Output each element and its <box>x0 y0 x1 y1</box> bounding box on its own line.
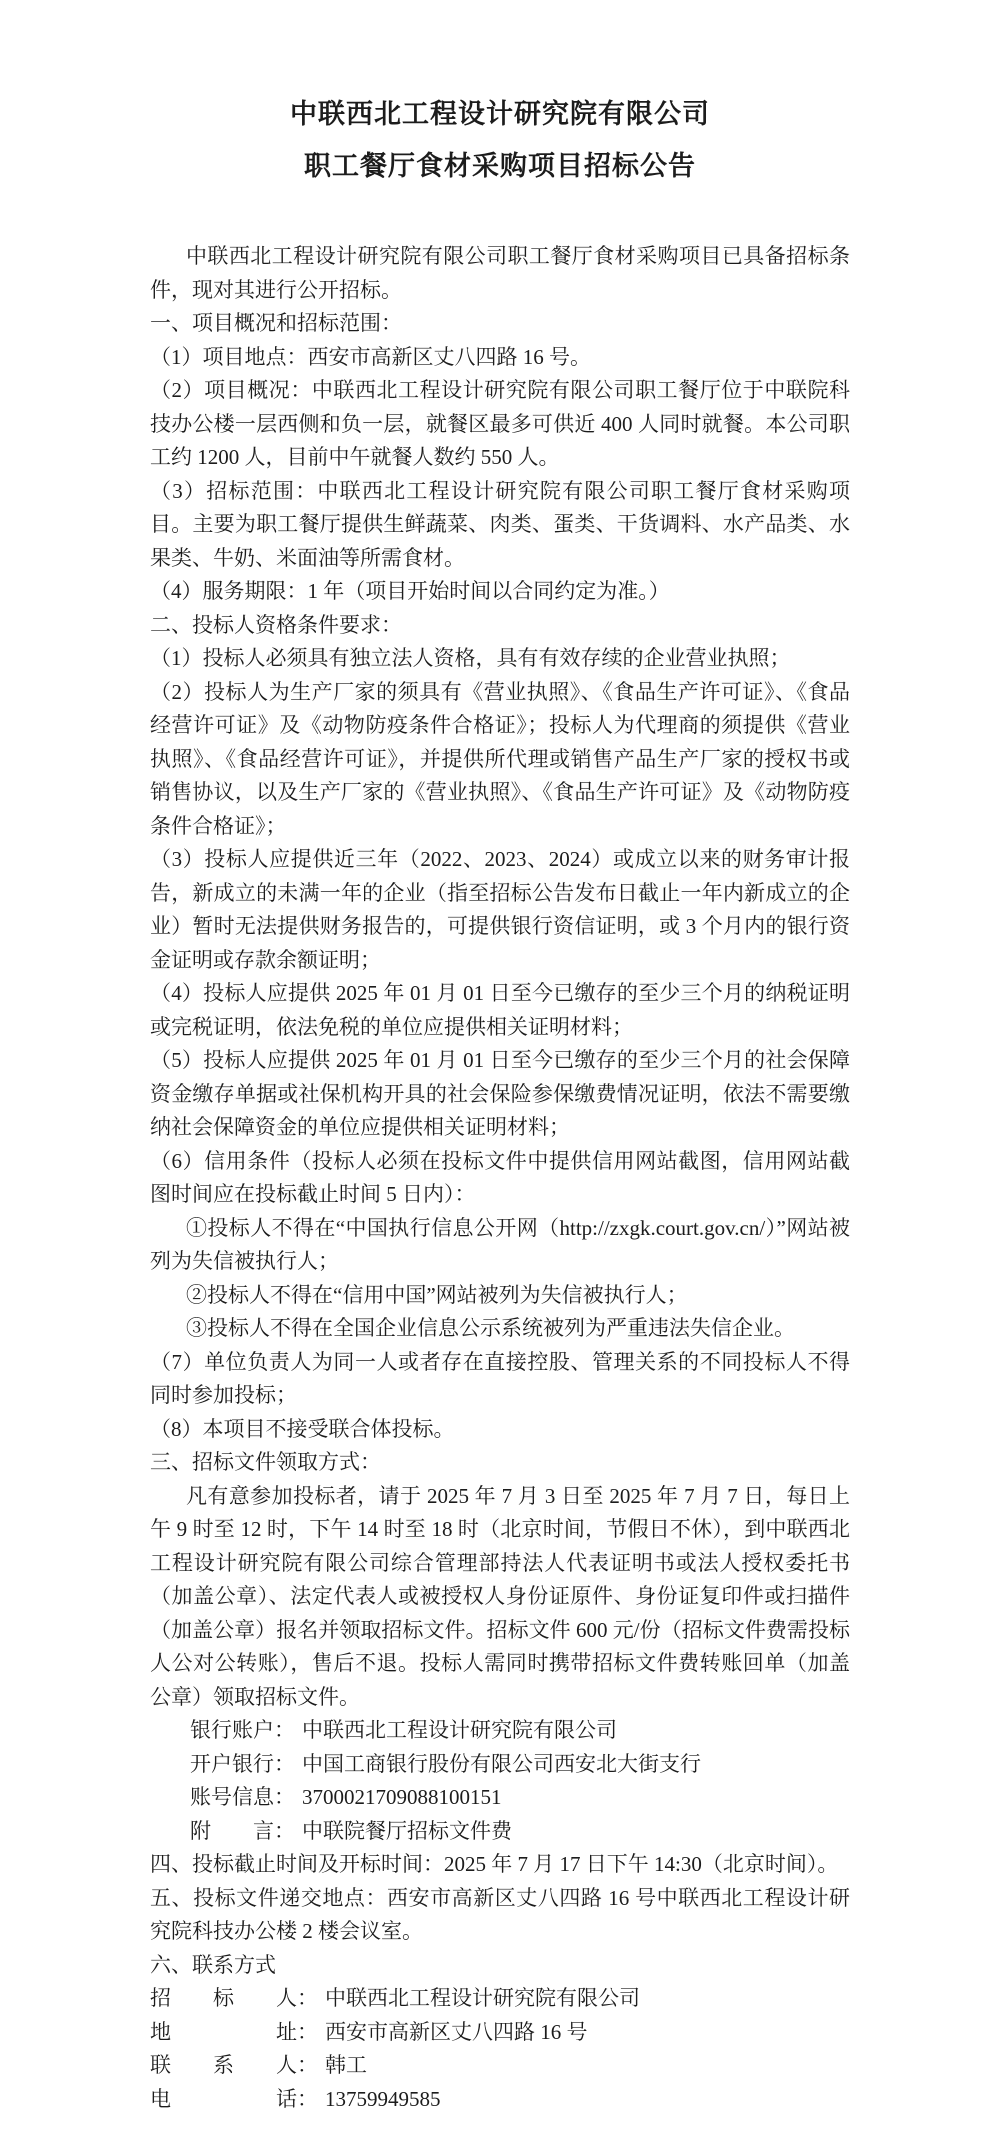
section-1-item-2: （2）项目概况：中联西北工程设计研究院有限公司职工餐厅位于中联院科技办公楼一层西… <box>150 374 850 475</box>
address-label: 地址 <box>150 2016 297 2050</box>
bank-account-name-row: 银行账户：中联西北工程设计研究院有限公司 <box>150 1714 850 1748</box>
label-colon: ： <box>297 2016 318 2050</box>
credit-condition-2: ②投标人不得在“信用中国”网站被列为失信被执行人； <box>150 1279 850 1313</box>
bank-branch-row: 开户银行：中国工商银行股份有限公司西安北大街支行 <box>150 1748 850 1782</box>
section-2-item-8: （8）本项目不接受联合体投标。 <box>150 1413 850 1447</box>
contact-person-value: 韩工 <box>325 2053 367 2077</box>
label-colon: ： <box>274 1748 295 1782</box>
bank-account-name-value: 中联西北工程设计研究院有限公司 <box>302 1718 617 1742</box>
label-colon: ： <box>274 1815 295 1849</box>
document-title-line-2: 职工餐厅食材采购项目招标公告 <box>150 140 850 192</box>
credit-condition-1: ①投标人不得在“中国执行信息公开网（http://zxgk.court.gov.… <box>150 1212 850 1279</box>
document-title-line-1: 中联西北工程设计研究院有限公司 <box>150 88 850 140</box>
section-2-item-7: （7）单位负责人为同一人或者存在直接控股、管理关系的不同投标人不得同时参加投标； <box>150 1346 850 1413</box>
label-colon: ： <box>297 2083 318 2117</box>
section-2-item-4: （4）投标人应提供 2025 年 01 月 01 日至今已缴存的至少三个月的纳税… <box>150 977 850 1044</box>
section-1-heading: 一、项目概况和招标范围： <box>150 307 850 341</box>
section-1-item-3: （3）招标范围：中联西北工程设计研究院有限公司职工餐厅食材采购项目。主要为职工餐… <box>150 475 850 576</box>
section-3-paragraph: 凡有意参加投标者，请于 2025 年 7 月 3 日至 2025 年 7 月 7… <box>150 1480 850 1715</box>
phone-value: 13759949585 <box>325 2087 441 2111</box>
transfer-memo-row: 附言：中联院餐厅招标文件费 <box>150 1815 850 1849</box>
contact-person-row: 联系人：韩工 <box>150 2049 850 2083</box>
tenderer-row: 招标人：中联西北工程设计研究院有限公司 <box>150 1982 850 2016</box>
phone-label: 电话 <box>150 2083 297 2117</box>
address-value: 西安市高新区丈八四路 16 号 <box>325 2020 588 2044</box>
bank-branch-value: 中国工商银行股份有限公司西安北大街支行 <box>302 1752 701 1776</box>
bank-branch-label: 开户银行 <box>190 1748 274 1782</box>
section-4-heading: 四、投标截止时间及开标时间：2025 年 7 月 17 日下午 14:30（北京… <box>150 1848 850 1882</box>
label-colon: ： <box>297 2049 318 2083</box>
phone-row: 电话：13759949585 <box>150 2083 850 2117</box>
tenderer-label: 招标人 <box>150 1982 297 2016</box>
bank-account-name-label: 银行账户 <box>190 1714 274 1748</box>
label-colon: ： <box>274 1781 295 1815</box>
transfer-memo-label: 附言 <box>190 1815 274 1849</box>
label-colon: ： <box>297 1982 318 2016</box>
section-2-item-3: （3）投标人应提供近三年（2022、2023、2024）或成立以来的财务审计报告… <box>150 843 850 977</box>
section-2-item-2: （2）投标人为生产厂家的须具有《营业执照》、《食品生产许可证》、《食品经营许可证… <box>150 676 850 844</box>
bank-account-number-value: 3700021709088100151 <box>302 1785 502 1809</box>
section-5-heading: 五、投标文件递交地点：西安市高新区丈八四路 16 号中联西北工程设计研究院科技办… <box>150 1882 850 1949</box>
address-row: 地址：西安市高新区丈八四路 16 号 <box>150 2016 850 2050</box>
section-3-heading: 三、招标文件领取方式： <box>150 1446 850 1480</box>
section-1-item-4: （4）服务期限：1 年（项目开始时间以合同约定为准。） <box>150 575 850 609</box>
transfer-memo-value: 中联院餐厅招标文件费 <box>302 1819 512 1843</box>
section-1-item-1: （1）项目地点：西安市高新区丈八四路 16 号。 <box>150 341 850 375</box>
bank-account-number-row: 账号信息：3700021709088100151 <box>150 1781 850 1815</box>
tenderer-value: 中联西北工程设计研究院有限公司 <box>325 1986 640 2010</box>
credit-condition-3: ③投标人不得在全国企业信息公示系统被列为严重违法失信企业。 <box>150 1312 850 1346</box>
document-title-block: 中联西北工程设计研究院有限公司 职工餐厅食材采购项目招标公告 <box>150 88 850 192</box>
section-2-item-1: （1）投标人必须具有独立法人资格，具有有效存续的企业营业执照； <box>150 642 850 676</box>
section-2-item-6: （6）信用条件（投标人必须在投标文件中提供信用网站截图，信用网站截图时间应在投标… <box>150 1145 850 1212</box>
document-page: 中联西北工程设计研究院有限公司 职工餐厅食材采购项目招标公告 中联西北工程设计研… <box>0 0 1000 2131</box>
document-body: 中联西北工程设计研究院有限公司职工餐厅食材采购项目已具备招标条件，现对其进行公开… <box>150 240 850 2116</box>
section-6-heading: 六、联系方式 <box>150 1949 850 1983</box>
section-2-heading: 二、投标人资格条件要求： <box>150 609 850 643</box>
label-colon: ： <box>274 1714 295 1748</box>
section-2-item-5: （5）投标人应提供 2025 年 01 月 01 日至今已缴存的至少三个月的社会… <box>150 1044 850 1145</box>
bank-account-number-label: 账号信息 <box>190 1781 274 1815</box>
intro-paragraph: 中联西北工程设计研究院有限公司职工餐厅食材采购项目已具备招标条件，现对其进行公开… <box>150 240 850 307</box>
contact-person-label: 联系人 <box>150 2049 297 2083</box>
